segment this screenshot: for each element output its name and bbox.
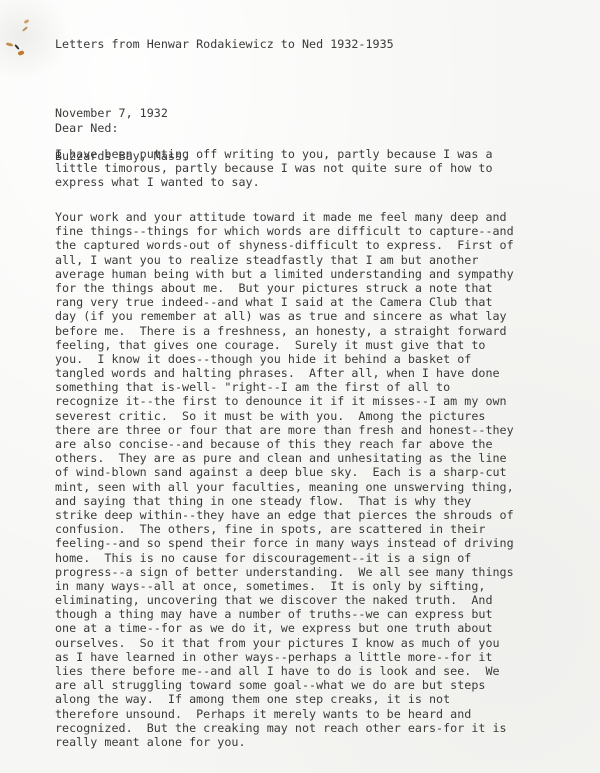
text-line: before me. There is a freshness, an hone… [55,324,514,338]
text-line: recognized. But the creaking may not rea… [55,721,514,735]
text-line: home. This is no cause for discouragemen… [55,551,514,565]
text-line: are all struggling toward some goal--wha… [55,678,514,692]
text-line: though a thing may have a number of trut… [55,607,514,621]
text-line: and saying that thing in one steady flow… [55,494,514,508]
text-line: one at a time--for as we do it, we expre… [55,621,514,635]
text-line: little timorous, partly because I was no… [55,161,493,175]
text-line: confusion. The others, fine in spots, ar… [55,522,514,536]
text-line: recognize it--the first to denounce it i… [55,394,514,408]
text-line: severest critic. So it must be with you.… [55,409,514,423]
text-line: therefore unsound. Perhaps it merely wan… [55,707,514,721]
text-line: you. I know it does--though you hide it … [55,352,514,366]
text-line: there are three or four that are more th… [55,423,514,437]
text-line: progress--a sign of better understanding… [55,565,514,579]
text-line: Your work and your attitude toward it ma… [55,210,514,224]
text-line: express what I wanted to say. [55,175,493,189]
text-line: something that is-well- "right--I am the… [55,380,514,394]
text-line: all, I want you to realize steadfastly t… [55,253,514,267]
text-line: others. They are as pure and clean and u… [55,451,514,465]
text-line: ourselves. So it that from your pictures… [55,636,514,650]
paragraph-2: Your work and your attitude toward it ma… [55,210,514,749]
text-line: feeling--and so spend their force in man… [55,536,514,550]
letter-date: November 7, 1932 [55,106,189,120]
text-line: the captured words-out of shyness-diffic… [55,238,514,252]
text-line: tangled words and halting phrases. After… [55,366,514,380]
text-line: fine things--things for which words are … [55,224,514,238]
letter-page: Letters from Henwar Rodakiewicz to Ned 1… [0,0,600,773]
collection-header: Letters from Henwar Rodakiewicz to Ned 1… [55,37,394,51]
text-line: lies there before me--and all I have to … [55,664,514,678]
text-line: are also concise--and because of this th… [55,437,514,451]
paragraph-1: I have been putting off writing to you, … [55,147,493,190]
text-line: rang very true indeed--and what I said a… [55,295,514,309]
text-line: as I have learned in other ways--perhaps… [55,650,514,664]
text-line: really meant alone for you. [55,735,514,749]
text-line: day (if you remember at all) was as true… [55,309,514,323]
text-line: along the way. If among them one step cr… [55,692,514,706]
text-line: in many ways--all at once, sometimes. It… [55,579,514,593]
text-line: for the things about me. But your pictur… [55,281,514,295]
text-line: strike deep within--they have an edge th… [55,508,514,522]
text-line: I have been putting off writing to you, … [55,147,493,161]
text-line: of wind-blown sand against a deep blue s… [55,465,514,479]
text-line: mint, seen with all your faculties, mean… [55,480,514,494]
text-line: eliminating, uncovering that we discover… [55,593,514,607]
text-line: feeling, that gives one courage. Surely … [55,338,514,352]
text-line: average human being with but a limited u… [55,267,514,281]
salutation: Dear Ned: [55,121,119,135]
